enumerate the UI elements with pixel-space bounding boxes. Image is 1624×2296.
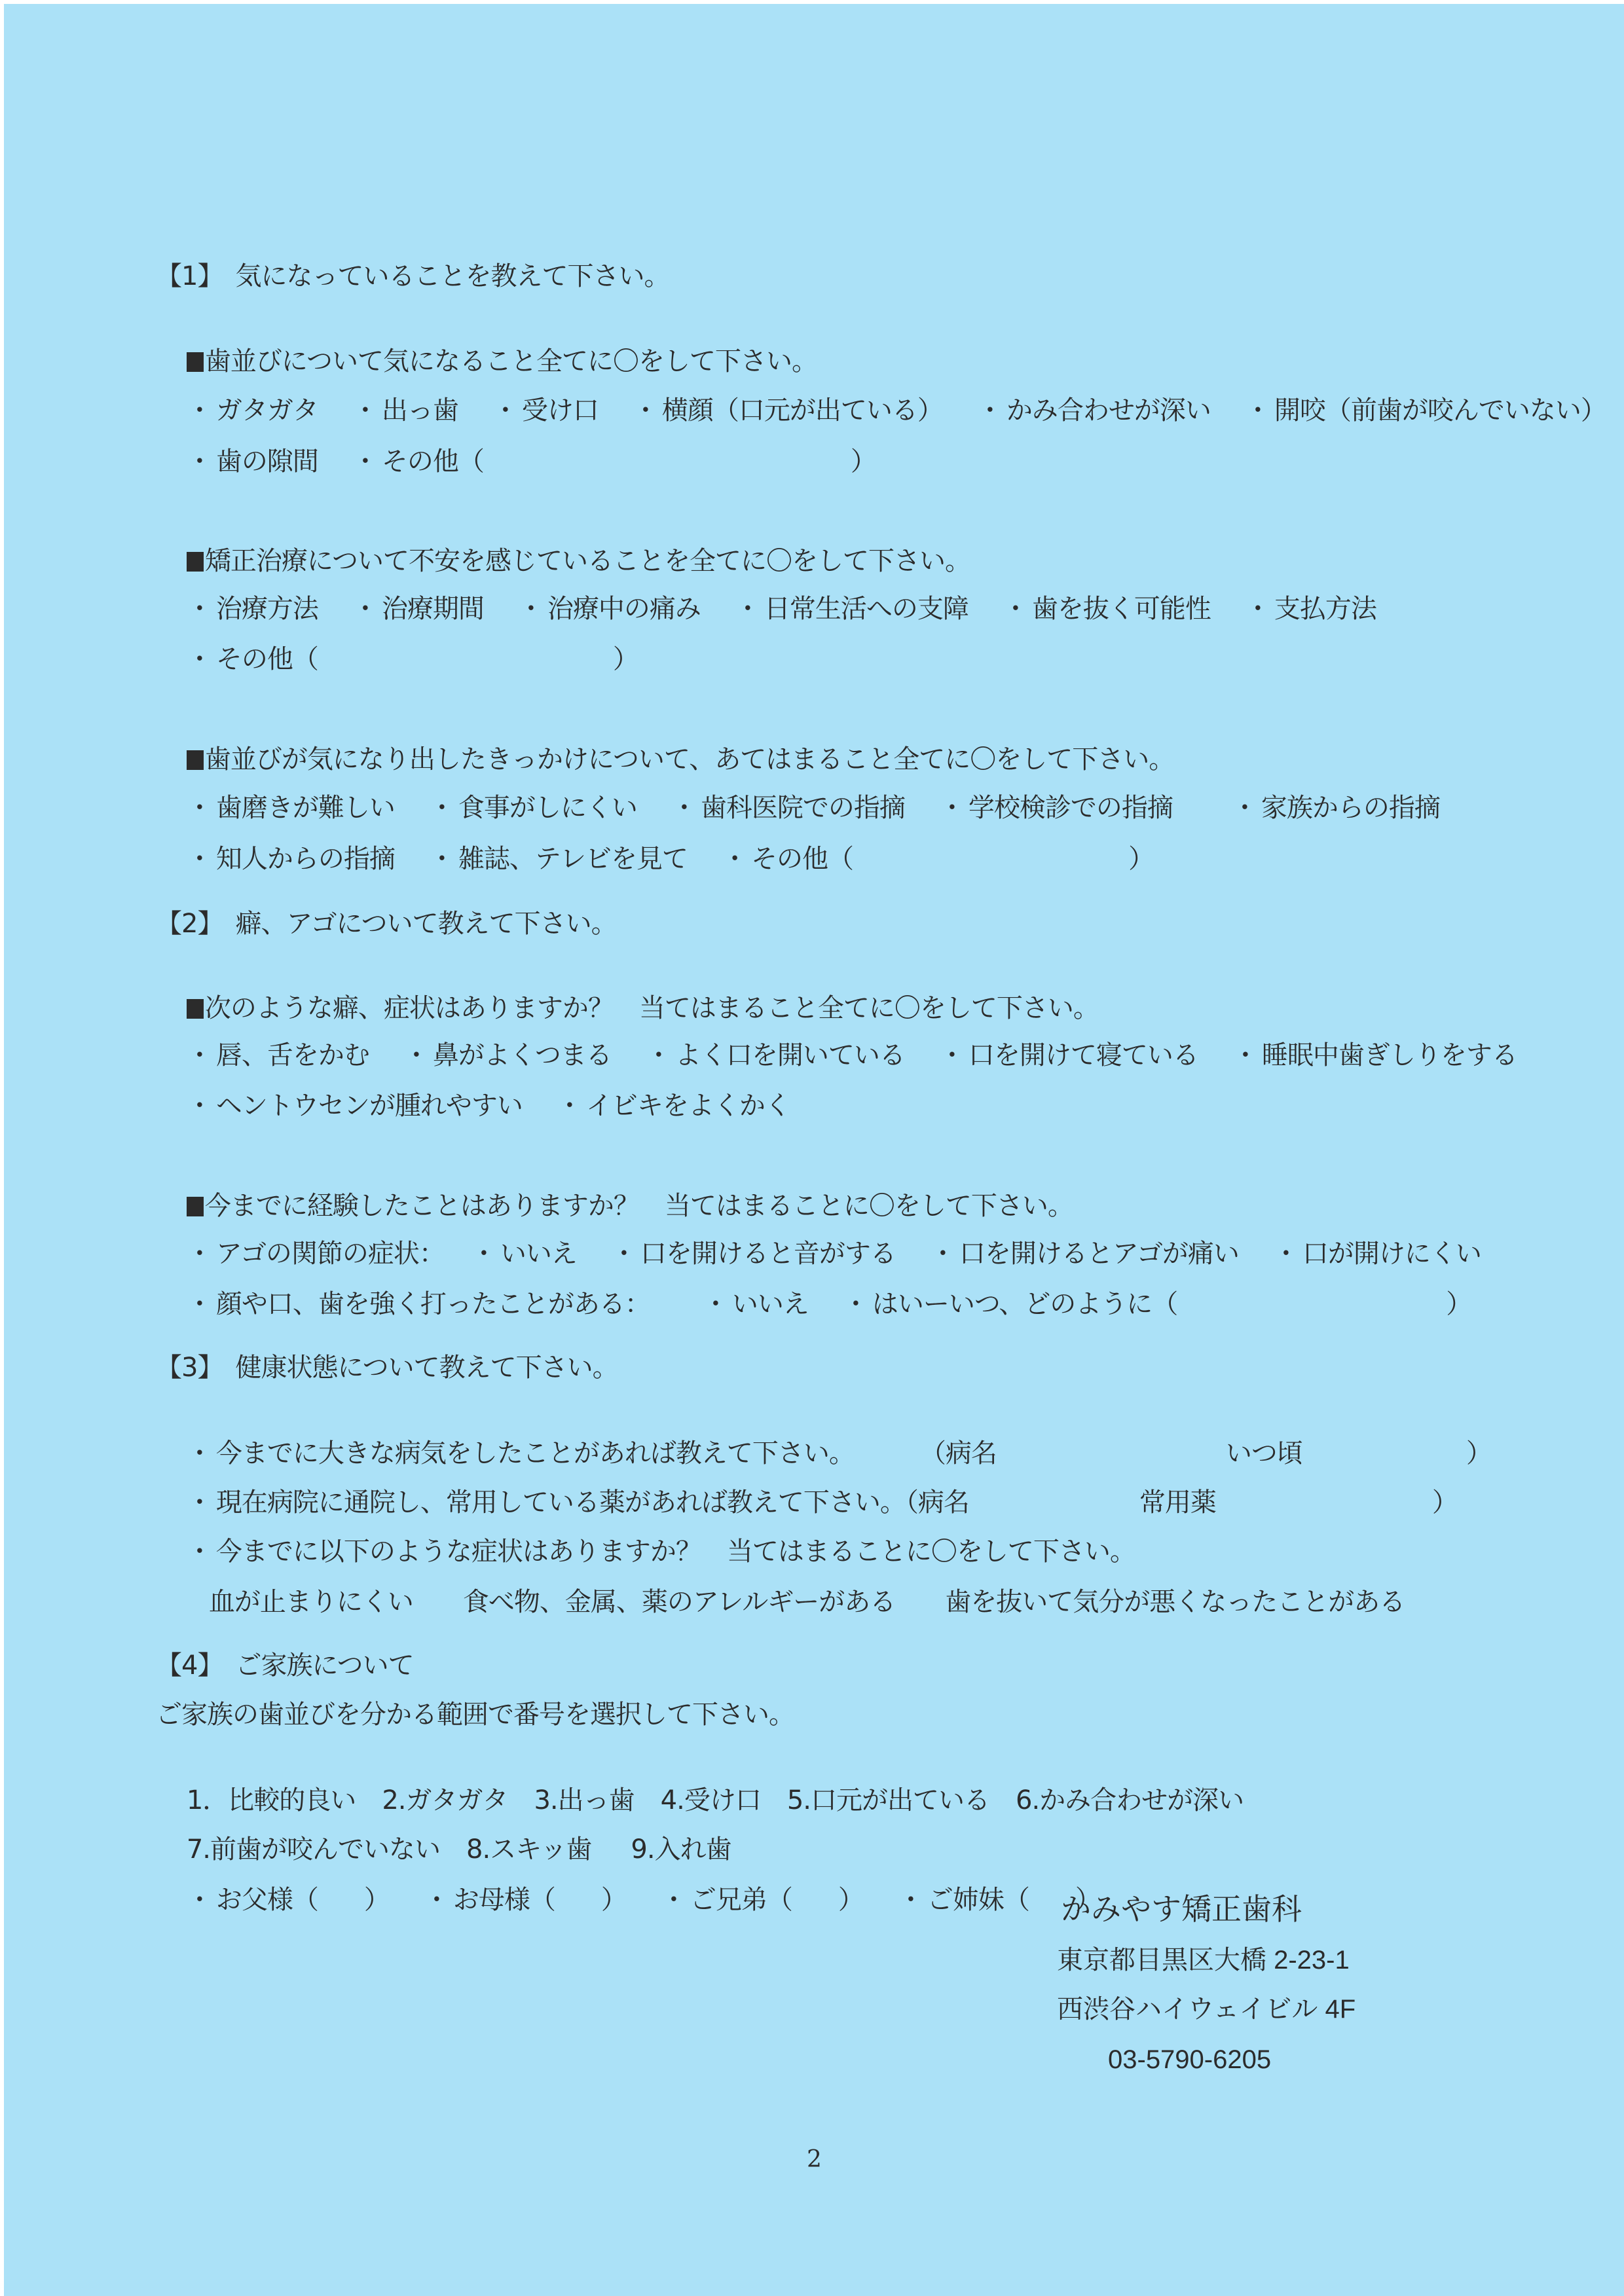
father-field[interactable]: ・お父様（） — [187, 1882, 390, 1918]
option-sleep-mouth-open[interactable]: ・口を開けて寝ている — [939, 1037, 1198, 1074]
option-snoring[interactable]: ・イビキをよくかく — [557, 1087, 790, 1124]
option-bleeding[interactable]: 血が止まりにくい — [209, 1584, 413, 1620]
clinic-phone: 03-5790-6205 — [1108, 2041, 1271, 2078]
section1-q2-other[interactable]: ・その他（） — [156, 604, 638, 714]
option-magazine-tv[interactable]: ・雑誌、テレビを見て — [429, 841, 688, 877]
option-family-pointed[interactable]: ・家族からの指摘 — [1232, 790, 1440, 826]
option-other-field[interactable]: ・その他（） — [722, 841, 1154, 877]
option-tonsils[interactable]: ・ヘントウセンが腫れやすい — [187, 1087, 523, 1124]
impact-label: ・顔や口、歯を強く打ったことがある： — [187, 1286, 650, 1322]
section4-header: 【4】 ご家族について — [156, 1647, 414, 1684]
option-gaps[interactable]: ・歯の隙間 — [187, 443, 318, 480]
section2-header: 【2】 癖、アゴについて教えて下さい。 — [156, 905, 617, 942]
medication-drug-field[interactable]: 常用薬 — [1139, 1487, 1216, 1518]
section4-instruction: ご家族の歯並びを分かる範囲で番号を選択して下さい。 — [156, 1696, 794, 1733]
option-allergy[interactable]: 食べ物、金属、薬のアレルギーがある — [463, 1584, 895, 1620]
clinic-address-line1: 東京都目黒区大橋 2-23-1 — [1057, 1942, 1350, 1978]
mother-field[interactable]: ・お母様（） — [424, 1882, 627, 1918]
clinic-name: かみやす矯正歯科 — [1061, 1891, 1302, 1927]
section2-q1-options-row2: ・ヘントウセンが腫れやすい・イビキをよくかく — [156, 1051, 790, 1161]
section1-q1-options-row2: ・歯の隙間・その他（） — [156, 407, 876, 517]
section1-header: 【1】 気になっていることを教えて下さい。 — [156, 258, 669, 295]
page-number: 2 — [807, 2146, 822, 2173]
choice-6: 6.かみ合わせが深い — [1016, 1782, 1244, 1819]
clinic-address-line2: 西渋谷ハイウェイビル 4F — [1057, 1991, 1356, 2028]
option-extraction[interactable]: ・歯を抜く可能性 — [1003, 591, 1211, 627]
option-bruxism[interactable]: ・睡眠中歯ぎしりをする — [1232, 1037, 1517, 1074]
option-impact-no[interactable]: ・いいえ — [703, 1286, 809, 1322]
option-open-bite[interactable]: ・開咬（前歯が咬んでいない） — [1245, 392, 1606, 429]
option-acquaintance-pointed[interactable]: ・知人からの指摘 — [187, 841, 395, 877]
option-other-field[interactable]: ・その他（） — [352, 443, 876, 480]
choice-5: 5.口元が出ている — [787, 1782, 989, 1819]
section1-q3-options-row2: ・知人からの指摘・雑誌、テレビを見て・その他（） — [156, 804, 1154, 914]
family-members-row: ・お父様（）・お母様（）・ご兄弟（）・ご姉妹（） — [156, 1845, 1101, 1955]
option-extraction-sick[interactable]: 歯を抜いて気分が悪くなったことがある — [945, 1584, 1405, 1620]
form-page: 【1】 気になっていることを教えて下さい。 歯並びについて気になること全てに〇を… — [4, 4, 1624, 2296]
option-daily-life[interactable]: ・日常生活への支障 — [735, 591, 969, 627]
option-impact-yes-field[interactable]: ・はいーいつ、どのように（） — [843, 1286, 1471, 1322]
section2-impact-row: ・顔や口、歯を強く打ったことがある：・いいえ・はいーいつ、どのように（） — [156, 1249, 1471, 1359]
symptoms-options: 血が止まりにくい食べ物、金属、薬のアレルギーがある歯を抜いて気分が悪くなったこと… — [178, 1547, 1405, 1657]
option-payment[interactable]: ・支払方法 — [1245, 591, 1376, 627]
section3-header: 【3】 健康状態について教えて下さい。 — [156, 1349, 618, 1386]
brothers-field[interactable]: ・ご兄弟（） — [661, 1882, 864, 1918]
option-deep-bite[interactable]: ・かみ合わせが深い — [977, 392, 1211, 429]
